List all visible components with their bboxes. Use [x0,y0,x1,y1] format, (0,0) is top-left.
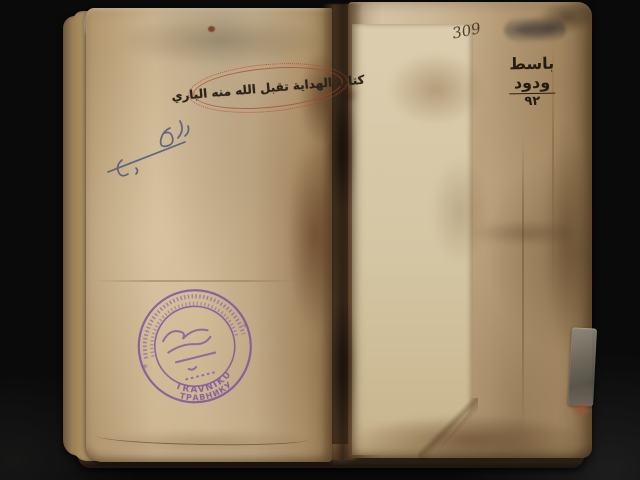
faded-smudge-stamp [504,14,566,46]
patch-stain [571,402,593,417]
manuscript-photo: كتاب الهداية تقبل الله منه الباري [0,0,640,480]
repair-patch [568,327,597,406]
stamp-center-calligraphy [161,323,221,383]
arabic-note-number: ٩٢ [492,93,572,109]
arabic-note: باسط ودود ٩٢ [492,53,573,109]
arabic-note-text: باسط ودود [492,53,573,92]
owner-signature [92,114,196,180]
strip-fold-shadow [418,398,478,458]
stamp-separator-icon: ✳ [141,362,149,371]
central-paper-strip [352,24,473,455]
stamp-separator-icon: ✳ [241,321,249,330]
